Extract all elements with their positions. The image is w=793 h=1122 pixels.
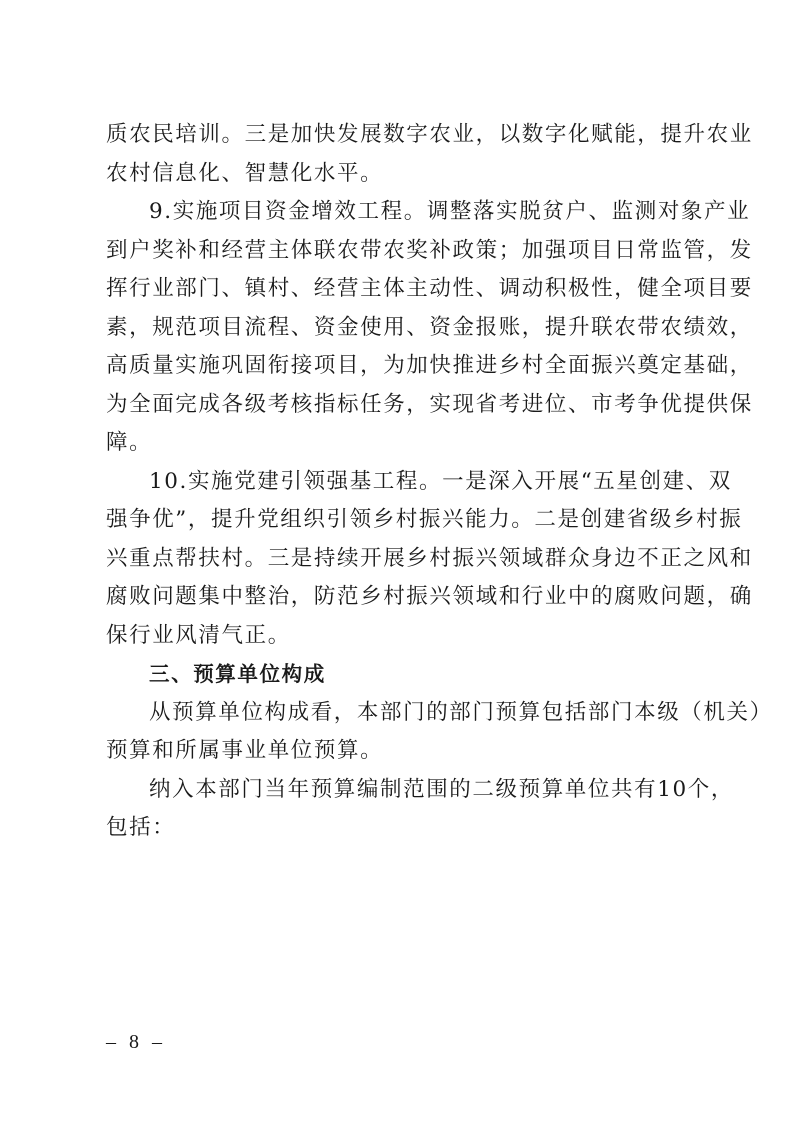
text-line: 挥行业部门、镇村、经营主体主动性、调动积极性，健全项目要 (106, 270, 694, 309)
text-line: 障。 (106, 424, 694, 463)
document-page: 质农民培训。三是加快发展数字农业，以数字化赋能，提升农业 农村信息化、智慧化水平… (106, 116, 694, 848)
text-line: 9.实施项目资金增效工程。调整落实脱贫户、监测对象产业 (106, 193, 694, 232)
paragraph-budget-composition: 从预算单位构成看，本部门的部门预算包括部门本级（机关） 预算和所属事业单位预算。 (106, 694, 694, 771)
page-number: – 8 – (106, 1031, 166, 1054)
text-line: 包括： (106, 809, 694, 848)
paragraph-item-10: 10.实施党建引领强基工程。一是深入开展“五星创建、双 强争优”，提升党组织引领… (106, 463, 694, 656)
text-line: 质农民培训。三是加快发展数字农业，以数字化赋能，提升农业 (106, 116, 694, 155)
text-line: 强争优”，提升党组织引领乡村振兴能力。二是创建省级乡村振 (106, 501, 694, 540)
text-line: 预算和所属事业单位预算。 (106, 732, 694, 771)
text-line: 纳入本部门当年预算编制范围的二级预算单位共有10个， (106, 771, 694, 810)
text-line: 10.实施党建引领强基工程。一是深入开展“五星创建、双 (106, 463, 694, 502)
paragraph-secondary-units: 纳入本部门当年预算编制范围的二级预算单位共有10个， 包括： (106, 771, 694, 848)
text-line: 腐败问题集中整治，防范乡村振兴领域和行业中的腐败问题，确 (106, 578, 694, 617)
text-line: 素，规范项目流程、资金使用、资金报账，提升联农带农绩效， (106, 309, 694, 348)
section-heading: 三、预算单位构成 (106, 655, 694, 694)
text-line: 到户奖补和经营主体联农带农奖补政策；加强项目日常监管，发 (106, 232, 694, 271)
text-line: 高质量实施巩固衔接项目，为加快推进乡村全面振兴奠定基础， (106, 347, 694, 386)
text-line: 从预算单位构成看，本部门的部门预算包括部门本级（机关） (106, 694, 694, 733)
text-line: 保行业风清气正。 (106, 617, 694, 656)
text-line: 农村信息化、智慧化水平。 (106, 155, 694, 194)
paragraph-training-end: 质农民培训。三是加快发展数字农业，以数字化赋能，提升农业 农村信息化、智慧化水平… (106, 116, 694, 193)
text-line: 为全面完成各级考核指标任务，实现省考进位、市考争优提供保 (106, 386, 694, 425)
text-line: 兴重点帮扶村。三是持续开展乡村振兴领域群众身边不正之风和 (106, 540, 694, 579)
paragraph-item-9: 9.实施项目资金增效工程。调整落实脱贫户、监测对象产业 到户奖补和经营主体联农带… (106, 193, 694, 463)
